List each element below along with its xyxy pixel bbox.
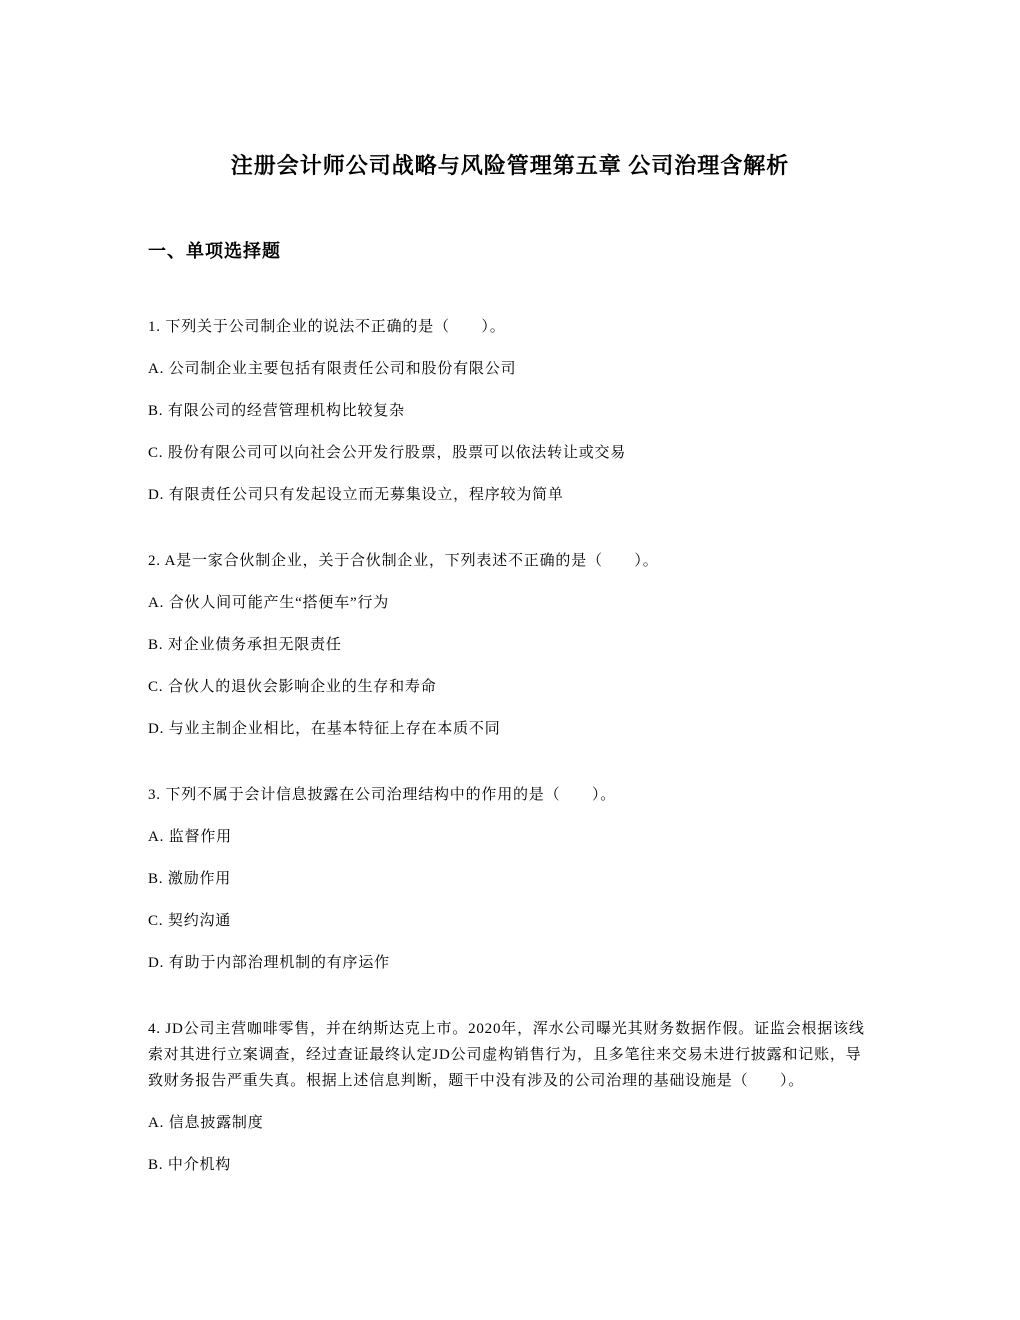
question-1-option-b: B. 有限公司的经营管理机构比较复杂 bbox=[148, 398, 872, 424]
page-title: 注册会计师公司战略与风险管理第五章 公司治理含解析 bbox=[148, 0, 872, 182]
question-1-stem: 1. 下列关于公司制企业的说法不正确的是（ ）。 bbox=[148, 314, 872, 340]
question-1: 1. 下列关于公司制企业的说法不正确的是（ ）。 A. 公司制企业主要包括有限责… bbox=[148, 280, 872, 508]
question-3-option-d: D. 有助于内部治理机制的有序运作 bbox=[148, 950, 872, 976]
question-2-option-d: D. 与业主制企业相比，在基本特征上存在本质不同 bbox=[148, 716, 872, 742]
question-3-option-a: A. 监督作用 bbox=[148, 824, 872, 850]
document-page: 注册会计师公司战略与风险管理第五章 公司治理含解析 一、单项选择题 1. 下列关… bbox=[148, 0, 872, 1320]
question-2-option-c: C. 合伙人的退伙会影响企业的生存和寿命 bbox=[148, 674, 872, 700]
question-1-option-a: A. 公司制企业主要包括有限责任公司和股份有限公司 bbox=[148, 356, 872, 382]
question-4-option-b: B. 中介机构 bbox=[148, 1152, 872, 1178]
question-2-option-a: A. 合伙人间可能产生“搭便车”行为 bbox=[148, 590, 872, 616]
question-3-stem: 3. 下列不属于会计信息披露在公司治理结构中的作用的是（ ）。 bbox=[148, 782, 872, 808]
question-4-stem: 4. JD公司主营咖啡零售，并在纳斯达克上市。2020年，浑水公司曝光其财务数据… bbox=[148, 1016, 872, 1094]
question-4: 4. JD公司主营咖啡零售，并在纳斯达克上市。2020年，浑水公司曝光其财务数据… bbox=[148, 992, 872, 1178]
question-2-option-b: B. 对企业债务承担无限责任 bbox=[148, 632, 872, 658]
question-3-option-b: B. 激励作用 bbox=[148, 866, 872, 892]
question-2: 2. A是一家合伙制企业，关于合伙制企业，下列表述不正确的是（ ）。 A. 合伙… bbox=[148, 524, 872, 742]
section-heading: 一、单项选择题 bbox=[148, 182, 872, 264]
question-2-stem: 2. A是一家合伙制企业，关于合伙制企业，下列表述不正确的是（ ）。 bbox=[148, 548, 872, 574]
question-4-option-a: A. 信息披露制度 bbox=[148, 1110, 872, 1136]
question-1-option-c: C. 股份有限公司可以向社会公开发行股票，股票可以依法转让或交易 bbox=[148, 440, 872, 466]
question-3: 3. 下列不属于会计信息披露在公司治理结构中的作用的是（ ）。 A. 监督作用 … bbox=[148, 758, 872, 976]
question-1-option-d: D. 有限责任公司只有发起设立而无募集设立，程序较为简单 bbox=[148, 482, 872, 508]
question-3-option-c: C. 契约沟通 bbox=[148, 908, 872, 934]
